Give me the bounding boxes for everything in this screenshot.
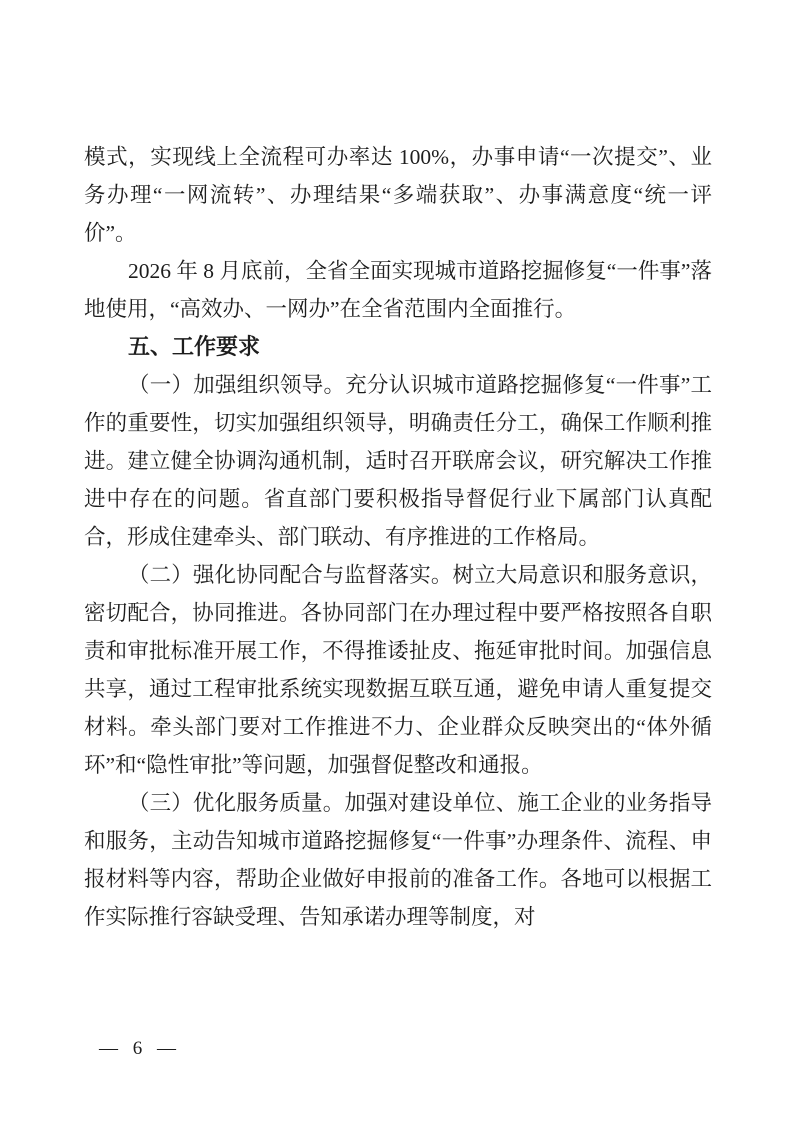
page-number: — 6 — [99,1038,181,1060]
paragraph: （一）加强组织领导。充分认识城市道路挖掘修复“一件事”工作的重要性，切实加强组织… [84,366,712,556]
document-body: 模式，实现线上全流程可办率达 100%，办事申请“一次提交”、业务办理“一网流转… [84,138,712,936]
section-heading: 五、工作要求 [84,328,712,366]
document-page: 模式，实现线上全流程可办率达 100%，办事申请“一次提交”、业务办理“一网流转… [0,0,793,1122]
paragraph: 2026 年 8 月底前，全省全面实现城市道路挖掘修复“一件事”落地使用，“高效… [84,252,712,328]
paragraph: （二）强化协同配合与监督落实。树立大局意识和服务意识，密切配合，协同推进。各协同… [84,556,712,784]
paragraph-continued: 模式，实现线上全流程可办率达 100%，办事申请“一次提交”、业务办理“一网流转… [84,138,712,252]
paragraph: （三）优化服务质量。加强对建设单位、施工企业的业务指导和服务，主动告知城市道路挖… [84,784,712,936]
